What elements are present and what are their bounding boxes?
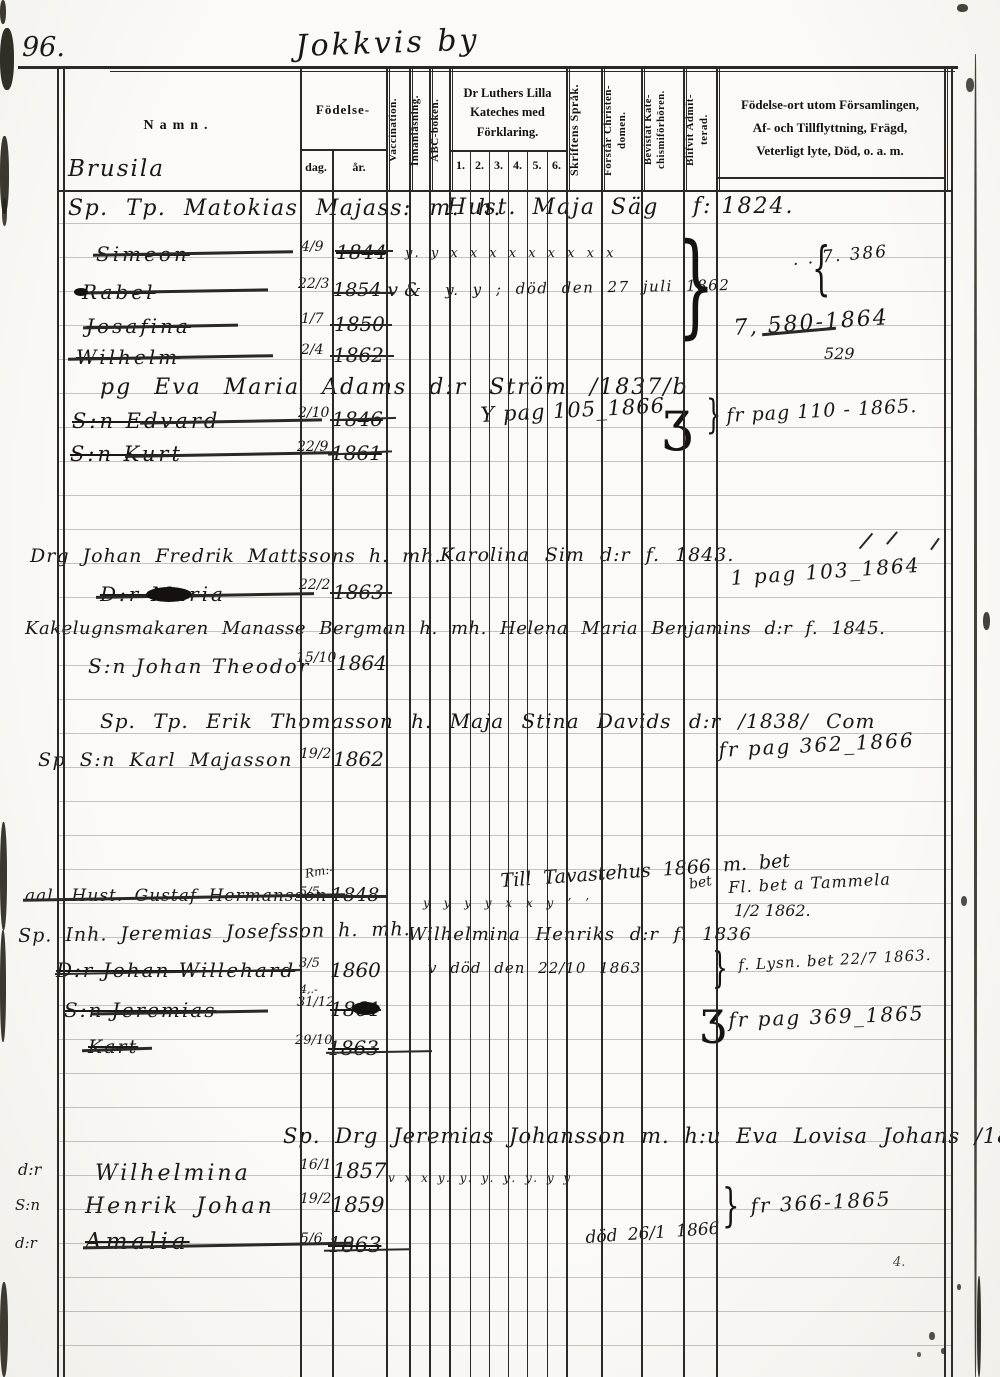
scan-artifact (0, 28, 14, 90)
column-rule-double (644, 66, 645, 190)
entry-head-name: Sp. Inh. Jeremias Josefsson h. mh. (18, 920, 411, 946)
ink-scribble: bet (688, 874, 713, 892)
scan-artifact (2, 198, 7, 226)
birth-year: 1860 (330, 960, 381, 980)
ink-brace: } (712, 950, 728, 986)
entry-name: S:n Johan Theodor (88, 656, 310, 676)
col-header-vaccination: Vaccination. (387, 74, 408, 186)
ink-brace: } (706, 398, 721, 432)
col-header-blifvit-admitterad: Blifvit Admit- terad. (684, 74, 715, 186)
death-note: v död den 22/10 1863 (428, 961, 641, 976)
column-rule (429, 66, 431, 1377)
birth-year: 1859 (331, 1195, 384, 1216)
margin-note: 1 pag 103_1864 (730, 555, 921, 588)
scan-artifact (974, 54, 977, 1377)
ink-flourish: ʒ (700, 998, 726, 1037)
margin-note: fr pag 369_1865 (728, 1003, 925, 1030)
strike-mark (859, 533, 873, 550)
column-rule (547, 150, 548, 1377)
ink-blot (74, 288, 88, 296)
col-header-kateches-5: 5. (527, 158, 547, 173)
birth-year: 1857 (333, 1161, 386, 1182)
entry-head-name: Sp. Tp. Erik Thomasson h. Maja Stina Dav… (100, 711, 875, 731)
birth-day: 31/12 (297, 996, 334, 1009)
column-rule (566, 66, 568, 1377)
check-marks: v x x y. y. y. y. y. y y (388, 1172, 573, 1184)
header-rule (300, 149, 386, 151)
column-rule (944, 66, 946, 1377)
ink-flourish: ʒ (662, 398, 692, 444)
scan-artifact (957, 4, 968, 12)
column-rule-double (412, 66, 413, 190)
strike-mark (330, 355, 394, 357)
column-rule (449, 66, 451, 1377)
margin-note: fr pag 362_1866 (718, 730, 915, 760)
scan-artifact (977, 1276, 981, 1377)
birth-year: 1844 (336, 242, 387, 262)
column-rule (951, 66, 953, 1377)
margin-note: f. Lysn. bet 22/7 1863. (738, 948, 932, 973)
col-header-fodelse: Födelse- (300, 102, 386, 118)
birth-year: 1863 (328, 1235, 381, 1256)
entry-name: Amalia (85, 1231, 190, 1254)
strike-mark (296, 895, 386, 898)
relation-prefix: d:r (15, 1236, 37, 1251)
col-header-kateches-4: 4. (508, 158, 527, 173)
birth-day: 2/4 (301, 343, 324, 357)
check-marks: y. y x x x x x x x x x (405, 247, 617, 260)
entry-head-spouse: Wilhelmina Henriks d:r f. 1836 (408, 926, 752, 944)
column-rule-double (432, 66, 433, 190)
column-rule (386, 66, 388, 1377)
farm-name: Brusila (68, 158, 165, 181)
birth-year: 1854 v & (333, 281, 421, 300)
header-rule (716, 177, 944, 179)
column-rule-double (452, 66, 453, 190)
strike-mark (330, 324, 392, 326)
header-rule (57, 190, 951, 192)
relation-prefix: d:r (18, 1162, 41, 1178)
scan-artifact (0, 1282, 8, 1377)
col-header-namn: Namn. (57, 118, 300, 134)
column-rule-double (569, 66, 570, 190)
column-rule (409, 66, 411, 1377)
col-header-kateches-6: 6. (547, 158, 566, 173)
column-rule (601, 66, 603, 1377)
entry-head-spouse: Karolina Sim d:r f. 1843. (440, 546, 734, 565)
entry-name: Henrik Johan (85, 1196, 275, 1218)
col-header-ar: år. (332, 160, 386, 175)
scan-artifact (983, 612, 990, 630)
col-header-notes: Födelse-ort utom Församlingen, Af- och T… (722, 94, 938, 162)
birth-day: 1/7 (301, 312, 324, 326)
header-rule (18, 66, 958, 69)
column-rule (300, 66, 302, 1377)
column-rule (641, 66, 643, 1377)
scan-artifact (966, 78, 974, 92)
birth-year: 1864 (336, 653, 387, 673)
col-header-dag: dag. (300, 160, 332, 175)
col-header-skriftens-sprak: Skriftens Språk. (567, 74, 600, 186)
scan-artifact (917, 1352, 921, 1357)
entry-head-name: Kakelugnsmakaren Manasse Bergman h. mh. … (25, 620, 885, 638)
birth-day: 19/2 (300, 1192, 331, 1206)
margin-note: 529 (824, 346, 855, 362)
margin-note: 1/2 1862. (734, 903, 811, 919)
col-header-bevistat-katechismiforhoren: Bevistat Kate- chismiförhören. (642, 74, 682, 186)
margin-note: fr pag 110 - 1865. (726, 397, 918, 426)
margin-note: fr 366-1865 (750, 1189, 892, 1216)
death-note: död 26/1 1866 (585, 1221, 720, 1247)
col-header-kateches: Dr Luthers Lilla Kateches med Förklaring… (449, 84, 566, 142)
birth-day: 15/10 (296, 651, 336, 665)
birth-day: 3/5 (299, 957, 320, 970)
birth-day: 16/1 (300, 1158, 331, 1172)
entry-head-name: Drg Johan Fredrik Mattssons h. mh. (30, 547, 441, 566)
col-header-kateches-3: 3. (489, 158, 508, 173)
ink-scribble: Rm:- (304, 863, 334, 880)
column-rule-double (686, 66, 687, 190)
column-rule (63, 66, 65, 1377)
strike-mark (330, 592, 392, 594)
strike-mark (335, 250, 393, 252)
scan-artifact (0, 0, 6, 24)
column-rule-double (719, 66, 720, 190)
scan-artifact (961, 896, 967, 906)
entry-name: Sp S:n Karl Majasson (38, 751, 293, 770)
entry-head-name: Sp. Tp. Matokias Majass: m. h. (68, 198, 502, 220)
column-rule (716, 66, 718, 1377)
column-rule (470, 150, 471, 1377)
column-rule (57, 66, 59, 1377)
ink-scribble: 4,.- (300, 984, 318, 995)
birth-day: 19/2 (300, 747, 331, 761)
scan-artifact (941, 1348, 946, 1354)
scan-artifact (957, 1284, 961, 1290)
column-rule (332, 150, 334, 1377)
column-rule-double (389, 66, 390, 190)
margin-note: 7, 580-1864 (733, 307, 890, 340)
column-rule (489, 150, 490, 1377)
entry-name: Wilhelmina (95, 1163, 251, 1185)
page-number: 96. (22, 34, 65, 61)
village-title: Jokkvis by (295, 26, 480, 62)
birth-day: 4/9 (301, 240, 324, 254)
ink-brace: } (722, 1186, 740, 1225)
margin-note: Fl. bet a Tammela (728, 871, 891, 895)
column-rule (527, 150, 528, 1377)
header-rule (449, 150, 566, 152)
birth-day: 22/3 (298, 277, 329, 291)
column-rule (508, 150, 509, 1377)
strike-mark (332, 292, 394, 294)
ink-blot (146, 587, 192, 602)
birth-year: 1863 (328, 1038, 379, 1058)
column-rule-double (604, 66, 605, 190)
scan-artifact (0, 930, 6, 1042)
strike-mark (930, 538, 940, 551)
ink-blot (352, 1002, 380, 1015)
header-rule (110, 71, 955, 72)
col-header-kateches-2: 2. (470, 158, 489, 173)
ink-brace: } (676, 238, 715, 333)
entry-head-birth: f: 1824. (693, 196, 795, 218)
relation-prefix: S:n (15, 1198, 40, 1213)
col-header-kateches-1: 1. (451, 158, 470, 173)
margin-speck-text: 4. (893, 1256, 905, 1269)
scan-artifact (929, 1332, 935, 1340)
col-header-forstar-christendomen: Förstår Christen- domen. (602, 74, 640, 186)
scan-artifact (0, 822, 7, 930)
column-rule-double (947, 66, 948, 190)
strike-mark (326, 1050, 432, 1054)
strike-mark (886, 531, 898, 545)
margin-note: . . 7. 386 (792, 244, 889, 269)
birth-day: 22/2 (299, 578, 330, 592)
church-record-page: 96. Jokkvis by Brusila Namn. Födelse- da… (0, 0, 1000, 1377)
birth-year: 1862 (333, 749, 384, 769)
entry-head-spouse: Hust. Maja Säg (447, 197, 659, 219)
column-rule (683, 66, 685, 1377)
